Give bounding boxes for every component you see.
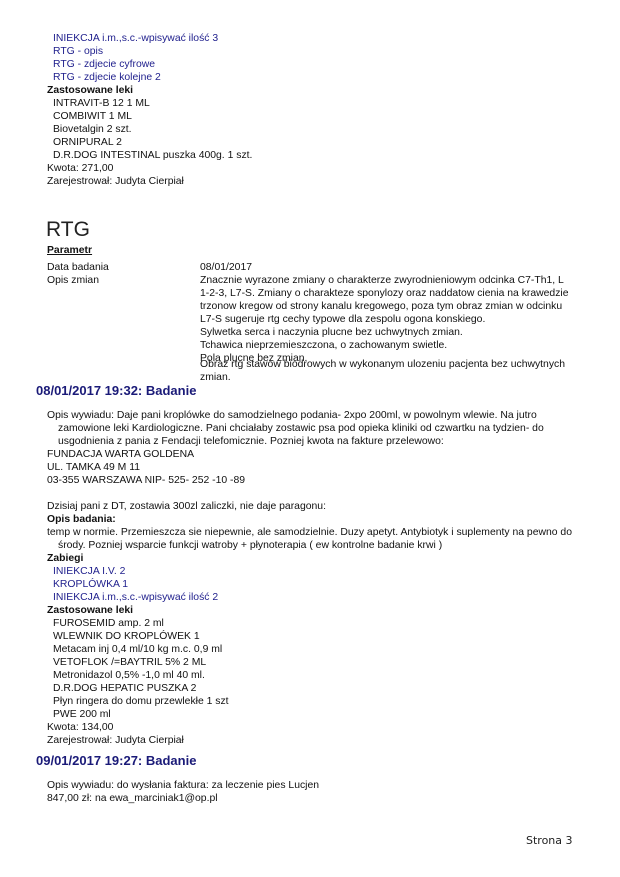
drug-item: VETOFLOK /=BAYTRIL 5% 2 ML: [53, 656, 206, 669]
drug-item: D.R.DOG INTESTINAL puszka 400g. 1 szt.: [53, 149, 252, 162]
drug-item: INTRAVIT-B 12 1 ML: [53, 97, 150, 110]
text-line: środy. Pozniej wsparcie funkcji watroby …: [58, 539, 442, 552]
visit-heading: 08/01/2017 19:32: Badanie: [36, 383, 196, 398]
procedure-item: RTG - opis: [53, 45, 103, 58]
text-line: 847,00 zł: na ewa_marciniak1@op.pl: [47, 792, 218, 805]
procedure-item: INIEKCJA i.m.,s.c.-wpisywać ilość 3: [53, 32, 218, 45]
text-line: Sylwetka serca i naczynia plucne bez uch…: [200, 326, 463, 339]
text-line: Obraz rtg stawow biodrowych w wykonanym …: [200, 358, 565, 371]
drug-item: COMBIWIT 1 ML: [53, 110, 132, 123]
text-line: usgodnienia z pania z Fendacji telefomic…: [58, 435, 444, 448]
procedure-item: RTG - zdjecie cyfrowe: [53, 58, 155, 71]
amount: Kwota: 271,00: [47, 162, 113, 175]
text-line: zmian.: [200, 371, 231, 384]
text-line: Dzisiaj pani z DT, zostawia 300zl zalicz…: [47, 500, 326, 513]
text-line: 1-2-3, L7-S. Zmiany o charakteze sponylo…: [200, 287, 568, 300]
text-line: Opis wywiadu: do wysłania faktura: za le…: [47, 779, 319, 792]
param-label-date: Data badania: [47, 261, 109, 274]
drug-item: Biovetalgin 2 szt.: [53, 123, 132, 136]
registered-by: Zarejestrował: Judyta Cierpiał: [47, 734, 184, 747]
drugs-label: Zastosowane leki: [47, 84, 133, 97]
amount: Kwota: 134,00: [47, 721, 113, 734]
exam-label: Opis badania:: [47, 513, 116, 526]
param-header: Parametr: [47, 244, 92, 257]
text-line: Znacznie wyrazone zmiany o charakterze z…: [200, 274, 564, 287]
text-line: Tchawica nieprzemieszczona, o zachowanym…: [200, 339, 447, 352]
procedure-item: INIEKCJA I.V. 2: [53, 565, 125, 578]
text-line: L7-S sugeruje rtg cechy typowe dla zespo…: [200, 313, 485, 326]
procedures-label: Zabiegi: [47, 552, 83, 565]
text-line: UL. TAMKA 49 M 11: [47, 461, 140, 474]
drug-item: Płyn ringera do domu przewlekłe 1 szt: [53, 695, 229, 708]
drugs-label: Zastosowane leki: [47, 604, 133, 617]
param-label-changes: Opis zmian: [47, 274, 99, 287]
visit-heading: 09/01/2017 19:27: Badanie: [36, 753, 196, 768]
drug-item: Metacam inj 0,4 ml/10 kg m.c. 0,9 ml: [53, 643, 222, 656]
procedure-item: RTG - zdjecie kolejne 2: [53, 71, 161, 84]
drug-item: Metronidazol 0,5% -1,0 ml 40 ml.: [53, 669, 205, 682]
procedure-item: INIEKCJA i.m.,s.c.-wpisywać ilość 2: [53, 591, 218, 604]
text-line: trzonow kregow od strony kanalu kregoweg…: [200, 300, 562, 313]
text-line: temp w normie. Przemieszcza sie niepewni…: [47, 526, 572, 539]
procedure-item: KROPLÓWKA 1: [53, 578, 128, 591]
text-line: 03-355 WARSZAWA NIP- 525- 252 -10 -89: [47, 474, 245, 487]
drug-item: FUROSEMID amp. 2 ml: [53, 617, 164, 630]
drug-item: ORNIPURAL 2: [53, 136, 122, 149]
drug-item: WLEWNIK DO KROPLÓWEK 1: [53, 630, 200, 643]
drug-item: PWE 200 ml: [53, 708, 111, 721]
rtg-title: RTG: [46, 218, 90, 242]
text-line: Opis wywiadu: Daje pani kroplówke do sam…: [47, 409, 537, 422]
drug-item: D.R.DOG HEPATIC PUSZKA 2: [53, 682, 196, 695]
text-line: zamowione leki Kardiologiczne. Pani chci…: [58, 422, 544, 435]
param-value-date: 08/01/2017: [200, 261, 252, 274]
page-number: Strona 3: [526, 834, 573, 847]
registered-by: Zarejestrował: Judyta Cierpiał: [47, 175, 184, 188]
text-line: FUNDACJA WARTA GOLDENA: [47, 448, 194, 461]
